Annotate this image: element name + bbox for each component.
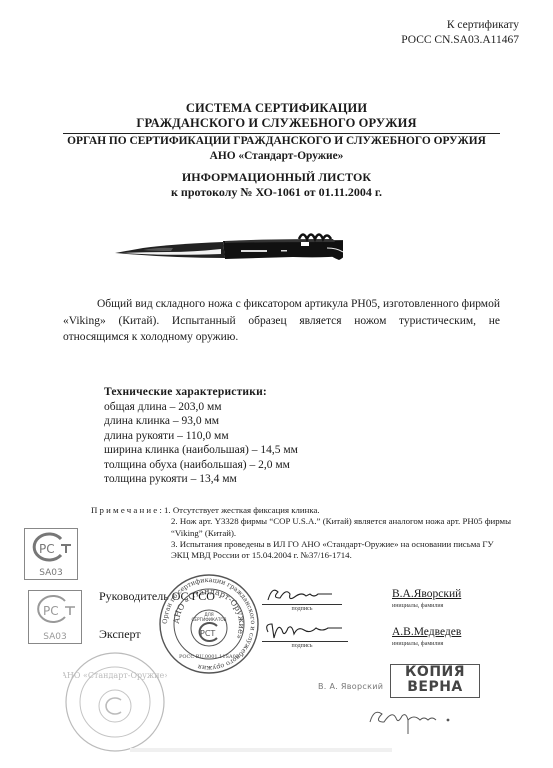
round-certification-stamp-faint: АНО «Стандарт-Оружие» <box>63 650 167 754</box>
info-sheet-heading: ИНФОРМАЦИОННЫЙ ЛИСТОК к протоколу № ХО-1… <box>0 170 553 200</box>
spec-item: толщина рукояти – 13,4 мм <box>104 472 298 487</box>
copy-verified-stamp: КОПИЯ ВЕРНА <box>390 664 480 698</box>
expert-signature <box>262 620 346 642</box>
system-heading-line1: СИСТЕМА СЕРТИФИКАЦИИ <box>0 101 553 116</box>
svg-text:PC: PC <box>39 542 55 556</box>
spec-item: длина рукояти – 110,0 мм <box>104 429 298 444</box>
certificate-reference: К сертификату РОСС CN.SA03.A11467 <box>401 18 519 48</box>
organ-heading-line1: ОРГАН ПО СЕРТИФИКАЦИИ ГРАЖДАНСКОГО И СЛУ… <box>0 134 553 149</box>
signature-line <box>262 604 342 605</box>
certificate-ref-label: К сертификату <box>401 18 519 33</box>
info-sheet-title: ИНФОРМАЦИОННЫЙ ЛИСТОК <box>0 170 553 185</box>
stamp-inner-ring: АНО «Стандарт-Оружие» <box>63 671 167 680</box>
notes-label: Примечание: <box>91 505 164 515</box>
copy-stamp-line2: ВЕРНА <box>391 680 479 695</box>
spec-item: толщина обуха (наибольшая) – 2,0 мм <box>104 458 298 473</box>
note-item: 1. Отсутствует жесткая фиксация клинка. <box>164 505 320 515</box>
signature-line <box>262 641 348 642</box>
copy-signature <box>362 700 462 740</box>
signature-caption: подпись <box>262 606 342 612</box>
technical-specs: Технические характеристики: общая длина … <box>104 385 298 487</box>
signature-caption: подпись <box>262 643 342 649</box>
pct-code: SA03 <box>29 632 81 642</box>
stamp-reg-number: РОСС RU.0001.11SA03 <box>179 654 239 660</box>
svg-text:PC: PC <box>43 604 59 618</box>
expert-name: А.В.Медведев <box>392 626 461 638</box>
organ-heading: ОРГАН ПО СЕРТИФИКАЦИИ ГРАЖДАНСКОГО И СЛУ… <box>0 134 553 164</box>
system-heading-line2: ГРАЖДАНСКОГО И СЛУЖЕБНОГО ОРУЖИЯ <box>0 116 553 131</box>
system-heading: СИСТЕМА СЕРТИФИКАЦИИ ГРАЖДАНСКОГО И СЛУЖ… <box>0 101 553 131</box>
note-item: 2. Нож арт. Y3328 фирмы “COP U.S.A.” (Ки… <box>91 516 521 539</box>
knife-image <box>113 222 343 264</box>
name-caption: инициалы, фамилия <box>392 641 443 647</box>
pct-code: SA03 <box>25 568 77 578</box>
spec-item: общая длина – 203,0 мм <box>104 400 298 415</box>
description-text: Общий вид складного ножа с фиксатором ар… <box>63 298 500 343</box>
pct-mark: PC SA03 <box>24 528 78 580</box>
pct-mark: PC SA03 <box>28 590 82 644</box>
organ-heading-line2: АНО «Стандарт-Оружие» <box>0 149 553 164</box>
spec-item: ширина клинка (наибольшая) – 14,5 мм <box>104 443 298 458</box>
expert-label: Эксперт <box>99 627 141 642</box>
note-item: 3. Испытания проведены в ИЛ ГО АНО «Стан… <box>91 539 521 562</box>
stamp-pct-logo: РСТ <box>200 629 215 638</box>
spec-item: длина клинка – 93,0 мм <box>104 414 298 429</box>
pct-logo-icon: PC <box>25 529 77 565</box>
pct-logo-icon: PC <box>29 591 81 627</box>
name-caption: инициалы, фамилия <box>392 603 443 609</box>
head-signature <box>262 584 342 604</box>
specs-title: Технические характеристики: <box>104 385 298 400</box>
scan-artifact <box>130 748 392 752</box>
head-name: В.А.Яворский <box>392 588 461 600</box>
protocol-reference: к протоколу № ХО-1061 от 01.11.2004 г. <box>0 185 553 200</box>
round-certification-stamp: Орган по сертификации гражданского и слу… <box>157 572 261 676</box>
certificate-ref-number: РОСС CN.SA03.A11467 <box>401 33 519 48</box>
description-paragraph: Общий вид складного ножа с фиксатором ар… <box>63 296 500 346</box>
copy-stamp-line1: КОПИЯ <box>391 665 479 680</box>
copy-certifier-name: В. А. Яворский <box>318 682 383 691</box>
stamp-center-bottom: СЕРТИФИКАТОВ <box>191 617 226 622</box>
notes: Примечание:1. Отсутствует жесткая фиксац… <box>91 505 521 561</box>
